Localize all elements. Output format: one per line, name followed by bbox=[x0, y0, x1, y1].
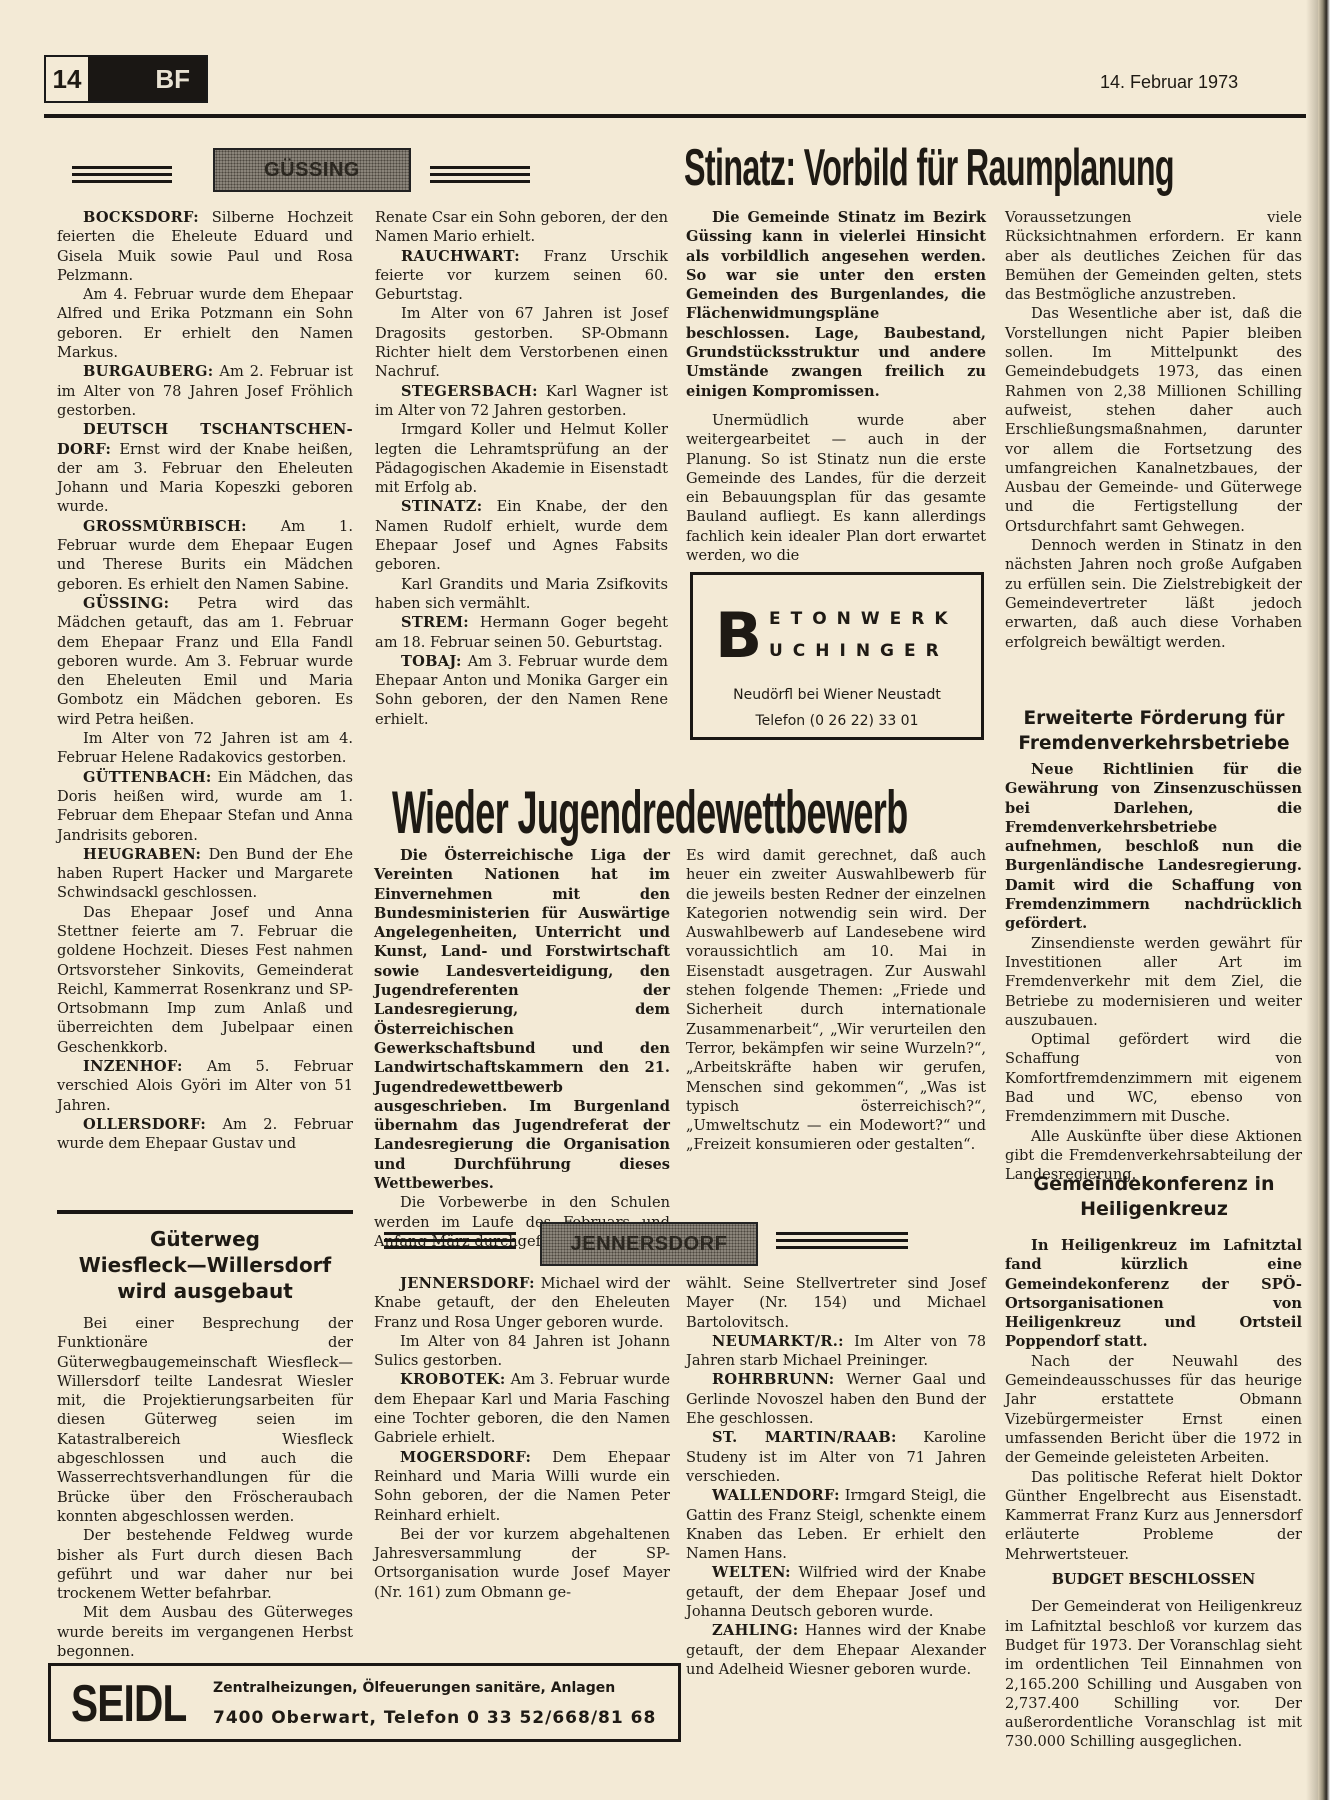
ad-line-1: ETONWERK bbox=[769, 609, 958, 629]
jugend-article-column-2: Es wird damit gerechnet, daß auch heuer … bbox=[686, 846, 986, 1155]
news-text: wählt. Seine Stellvertreter sind Josef M… bbox=[686, 1275, 986, 1331]
paragraph: Zinsendienste werden gewährt für Investi… bbox=[1005, 934, 1302, 1030]
paragraph: Optimal gefördert wird die Schaffung von… bbox=[1005, 1030, 1302, 1126]
paragraph: Dennoch werden in Stinatz in den nächste… bbox=[1005, 536, 1302, 652]
news-text: Bei der vor kurzem abgehaltenen Jahresve… bbox=[374, 1526, 670, 1601]
news-location: ROHRBRUNN: bbox=[712, 1371, 835, 1388]
decorative-lines bbox=[430, 166, 530, 186]
news-item: Im Alter von 84 Jahren ist Johann Sulics… bbox=[374, 1332, 670, 1371]
news-text: Im Alter von 67 Jahren ist Josef Dragosi… bbox=[375, 305, 668, 380]
news-item: OLLERSDORF: Am 2. Februar wurde dem Ehep… bbox=[57, 1115, 353, 1154]
jugend-lead: Die Österreichische Liga der Vereinten N… bbox=[374, 846, 670, 1193]
news-location: BURGAUBERG: bbox=[83, 363, 213, 380]
news-location: INZENHOF: bbox=[83, 1058, 183, 1075]
paragraph: Nach der Neuwahl des Gemeindeausschusses… bbox=[1005, 1352, 1302, 1468]
gueterweg-article-body: Bei einer Besprechung der Funktionäre de… bbox=[57, 1314, 353, 1661]
news-item: STREM: Hermann Goger begeht am 18. Febru… bbox=[375, 613, 668, 652]
column-rule bbox=[57, 1210, 353, 1214]
news-item: BURGAUBERG: Am 2. Februar ist im Alter v… bbox=[57, 362, 353, 420]
ad-betonwerk-buchinger: B ETONWERK UCHINGER Neudörfl bei Wiener … bbox=[690, 572, 984, 740]
decorative-lines bbox=[384, 1232, 516, 1252]
news-text: Am 4. Februar wurde dem Ehepaar Alfred u… bbox=[57, 286, 353, 361]
headline-jugendredewettbewerb: Wieder Jugendredewettbewerb bbox=[392, 778, 908, 847]
paragraph: Das Wesentliche aber ist, daß die Vorste… bbox=[1005, 304, 1302, 536]
news-item: Am 4. Februar wurde dem Ehepaar Alfred u… bbox=[57, 285, 353, 362]
news-item: INZENHOF: Am 5. Februar verschied Alois … bbox=[57, 1057, 353, 1115]
headline-line: wird ausgebaut bbox=[57, 1278, 353, 1304]
jugend-article-column-1: Die Österreichische Liga der Vereinten N… bbox=[374, 846, 670, 1251]
news-location: WELTEN: bbox=[712, 1564, 791, 1581]
ad-logo-initial: B bbox=[715, 605, 762, 667]
news-item: GROSSMÜRBISCH: Am 1. Februar wurde dem E… bbox=[57, 517, 353, 594]
decorative-lines bbox=[72, 166, 172, 186]
paragraph: Bei einer Besprechung der Funktionäre de… bbox=[57, 1314, 353, 1526]
news-item: Im Alter von 67 Jahren ist Josef Dragosi… bbox=[375, 304, 668, 381]
news-item: ST. MARTIN/RAAB: Karoline Studeny ist im… bbox=[686, 1428, 986, 1486]
stinatz-article-column-2: Voraussetzungen viele Rücksichtnahmen er… bbox=[1005, 208, 1302, 652]
news-item: WELTEN: Wilfried wird der Knabe getauft,… bbox=[686, 1563, 986, 1621]
news-text: Das Ehepaar Josef und Anna Stettner feie… bbox=[57, 904, 353, 1056]
news-text: Karl Grandits und Maria Zsifkovits haben… bbox=[375, 576, 668, 612]
foerderung-article-body: Neue Richtlinien für die Gewährung von Z… bbox=[1005, 760, 1302, 1185]
headline-gueterweg: Güterweg Wiesfleck—Willersdorf wird ausg… bbox=[57, 1226, 353, 1304]
news-item: Irmgard Koller und Helmut Koller legten … bbox=[375, 420, 668, 497]
headline-line: Wiesfleck—Willersdorf bbox=[57, 1252, 353, 1278]
section-band-guessing: GÜSSING bbox=[213, 148, 411, 192]
news-location: KROBOTEK: bbox=[400, 1371, 506, 1388]
issue-date: 14. Februar 1973 bbox=[1100, 72, 1238, 93]
ad-brand: SEIDL bbox=[71, 1672, 187, 1736]
paragraph: Mit dem Ausbau des Güterweges wurde bere… bbox=[57, 1603, 353, 1661]
headline-line: Güterweg bbox=[57, 1226, 353, 1252]
paragraph: Der Gemeinderat von Heiligenkreuz im Laf… bbox=[1005, 1597, 1302, 1751]
page-shadow bbox=[1306, 0, 1318, 1800]
subheading-budget: BUDGET BESCHLOSSEN bbox=[1005, 1570, 1302, 1589]
news-text: Petra wird das Mädchen getauft, das am 1… bbox=[57, 595, 353, 728]
news-item: wählt. Seine Stellvertreter sind Josef M… bbox=[686, 1274, 986, 1332]
ad-address: Neudörfl bei Wiener Neustadt bbox=[693, 687, 981, 703]
paragraph: Es wird damit gerechnet, daß auch heuer … bbox=[686, 846, 986, 1155]
news-location: HEUGRABEN: bbox=[83, 846, 201, 863]
headline-stinatz: Stinatz: Vorbild für Raumplanung bbox=[684, 138, 1174, 198]
news-location: ST. MARTIN/RAAB: bbox=[712, 1429, 897, 1446]
news-location: MOGERSDORF: bbox=[400, 1449, 531, 1466]
news-item: STEGERSBACH: Karl Wagner ist im Alter vo… bbox=[375, 382, 668, 421]
news-item: Das Ehepaar Josef und Anna Stettner feie… bbox=[57, 903, 353, 1057]
news-item: KROBOTEK: Am 3. Februar wurde dem Ehepaa… bbox=[374, 1370, 670, 1447]
jennersdorf-news-column-1: JENNERSDORF: Michael wird der Knabe geta… bbox=[374, 1274, 670, 1602]
news-item: HEUGRABEN: Den Bund der Ehe haben Rupert… bbox=[57, 845, 353, 903]
news-text: Renate Csar ein Sohn geboren, der den Na… bbox=[375, 209, 668, 245]
decorative-lines bbox=[776, 1232, 908, 1252]
news-item: DEUTSCH TSCHANTSCHEN-DORF: Ernst wird de… bbox=[57, 420, 353, 516]
news-item: WALLENDORF: Irmgard Steigl, die Gattin d… bbox=[686, 1486, 986, 1563]
news-location: GROSSMÜRBISCH: bbox=[83, 518, 247, 535]
headline-line: Gemeindekonferenz in bbox=[1004, 1172, 1304, 1197]
news-item: Im Alter von 72 Jahren ist am 4. Februar… bbox=[57, 729, 353, 768]
news-text: Irmgard Koller und Helmut Koller legten … bbox=[375, 421, 668, 496]
news-text: Im Alter von 84 Jahren ist Johann Sulics… bbox=[374, 1333, 670, 1369]
headline-line: Heiligenkreuz bbox=[1004, 1197, 1304, 1222]
news-item: TOBAJ: Am 3. Februar wurde dem Ehepaar A… bbox=[375, 652, 668, 729]
news-location: STEGERSBACH: bbox=[401, 383, 538, 400]
news-item: ROHRBRUNN: Werner Gaal und Gerlinde Novo… bbox=[686, 1370, 986, 1428]
ad-line-2: 7400 Oberwart, Telefon 0 33 52/668/81 68 bbox=[213, 1708, 656, 1728]
headline-text: Erweiterte Förderung für Fremdenverkehrs… bbox=[1018, 708, 1289, 754]
ad-seidl: SEIDL Zentralheizungen, Ölfeuerungen san… bbox=[48, 1663, 681, 1742]
page-header-box: 14 BF bbox=[44, 55, 208, 103]
ad-phone: Telefon (0 26 22) 33 01 bbox=[693, 713, 981, 729]
news-location: TOBAJ: bbox=[401, 653, 462, 670]
news-location: BOCKSDORF: bbox=[83, 209, 199, 226]
news-item: MOGERSDORF: Dem Ehepaar Reinhard und Mar… bbox=[374, 1448, 670, 1525]
news-location: WALLENDORF: bbox=[712, 1487, 840, 1504]
news-location: OLLERSDORF: bbox=[83, 1116, 206, 1133]
news-item: GÜSSING: Petra wird das Mädchen getauft,… bbox=[57, 594, 353, 729]
news-text: Im Alter von 72 Jahren ist am 4. Februar… bbox=[57, 730, 353, 766]
ad-line-2: UCHINGER bbox=[769, 641, 949, 661]
news-location: RAUCHWART: bbox=[401, 248, 520, 265]
paragraph: Das politische Referat hielt Doktor Günt… bbox=[1005, 1468, 1302, 1564]
news-item: Bei der vor kurzem abgehaltenen Jahresve… bbox=[374, 1525, 670, 1602]
news-item: BOCKSDORF: Silberne Hochzeit feierten di… bbox=[57, 208, 353, 285]
news-location: GÜSSING: bbox=[83, 595, 169, 612]
paragraph: Der bestehende Feldweg wurde bisher als … bbox=[57, 1526, 353, 1603]
header-rule bbox=[44, 114, 1306, 118]
jennersdorf-news-column-2: wählt. Seine Stellvertreter sind Josef M… bbox=[686, 1274, 986, 1679]
news-location: STREM: bbox=[401, 614, 469, 631]
news-item: RAUCHWART: Franz Urschik feierte vor kur… bbox=[375, 247, 668, 305]
news-item: NEUMARKT/R.: Im Alter von 78 Jahren star… bbox=[686, 1332, 986, 1371]
paragraph: Voraussetzungen viele Rücksichtnahmen er… bbox=[1005, 208, 1302, 304]
guessing-news-column-2: Renate Csar ein Sohn geboren, der den Na… bbox=[375, 208, 668, 729]
news-location: JENNERSDORF: bbox=[400, 1275, 535, 1292]
guessing-news-column-1: BOCKSDORF: Silberne Hochzeit feierten di… bbox=[57, 208, 353, 1154]
headline-heiligenkreuz: Gemeindekonferenz in Heiligenkreuz bbox=[1004, 1172, 1304, 1222]
headline-foerderung: Erweiterte Förderung für Fremdenverkehrs… bbox=[1004, 706, 1304, 756]
ad-line-1: Zentralheizungen, Ölfeuerungen sanitäre,… bbox=[213, 1680, 615, 1696]
stinatz-article-column-1: Die Gemeinde Stinatz im Bezirk Güssing k… bbox=[686, 208, 986, 565]
news-item: STINATZ: Ein Knabe, der den Namen Rudolf… bbox=[375, 497, 668, 574]
news-item: Renate Csar ein Sohn geboren, der den Na… bbox=[375, 208, 668, 247]
news-location: GÜTTENBACH: bbox=[83, 769, 212, 786]
news-item: JENNERSDORF: Michael wird der Knabe geta… bbox=[374, 1274, 670, 1332]
page-number: 14 bbox=[46, 57, 88, 101]
heiligenkreuz-lead: In Heiligenkreuz im Lafnitztal fand kürz… bbox=[1005, 1236, 1302, 1352]
paragraph: Unermüdlich wurde aber weitergearbeitet … bbox=[686, 411, 986, 565]
news-location: ZAHLING: bbox=[712, 1622, 798, 1639]
section-code: BF bbox=[88, 57, 206, 101]
section-band-jennersdorf: JENNERSDORF bbox=[540, 1222, 758, 1266]
heiligenkreuz-article-body: In Heiligenkreuz im Lafnitztal fand kürz… bbox=[1005, 1236, 1302, 1752]
page-edge bbox=[1318, 0, 1330, 1800]
news-item: ZAHLING: Hannes wird der Knabe getauft, … bbox=[686, 1621, 986, 1679]
news-item: Karl Grandits und Maria Zsifkovits haben… bbox=[375, 575, 668, 614]
stinatz-lead: Die Gemeinde Stinatz im Bezirk Güssing k… bbox=[686, 208, 986, 401]
foerderung-lead: Neue Richtlinien für die Gewährung von Z… bbox=[1005, 760, 1302, 934]
news-item: GÜTTENBACH: Ein Mädchen, das Doris heiße… bbox=[57, 768, 353, 845]
news-location: NEUMARKT/R.: bbox=[712, 1333, 844, 1350]
news-location: STINATZ: bbox=[401, 498, 482, 515]
